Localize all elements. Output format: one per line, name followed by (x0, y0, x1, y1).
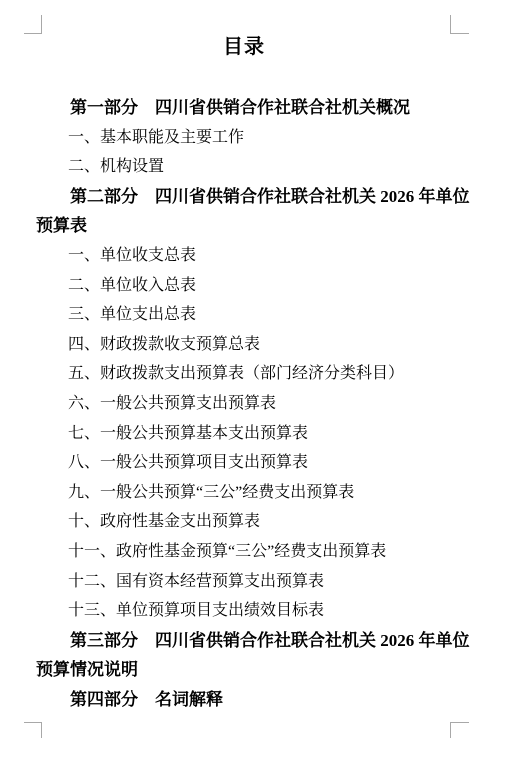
text-boundary-mark-bottom-right (450, 722, 469, 738)
table-of-contents: 第一部分 四川省供销合作社联合社机关概况一、基本职能及主要工作二、机构设置第二部… (36, 93, 474, 714)
toc-item-entry: 七、一般公共预算基本支出预算表 (36, 419, 474, 449)
toc-item-entry: 六、一般公共预算支出预算表 (36, 389, 474, 419)
toc-section-entry: 第二部分 四川省供销合作社联合社机关 2026 年单位预算表 (36, 182, 474, 241)
toc-item-entry: 一、单位收支总表 (36, 241, 474, 271)
toc-section-entry: 第四部分 名词解释 (36, 685, 474, 715)
toc-item-entry: 十三、单位预算项目支出绩效目标表 (36, 596, 474, 626)
toc-item-entry: 九、一般公共预算“三公”经费支出预算表 (36, 478, 474, 508)
toc-section-entry: 第三部分 四川省供销合作社联合社机关 2026 年单位预算情况说明 (36, 626, 474, 685)
toc-item-entry: 一、基本职能及主要工作 (36, 123, 474, 153)
toc-item-entry: 十二、国有资本经营预算支出预算表 (36, 567, 474, 597)
toc-item-entry: 二、机构设置 (36, 152, 474, 182)
toc-item-entry: 八、一般公共预算项目支出预算表 (36, 448, 474, 478)
toc-item-entry: 四、财政拨款收支预算总表 (36, 330, 474, 360)
document-page: 目录 第一部分 四川省供销合作社联合社机关概况一、基本职能及主要工作二、机构设置… (0, 0, 529, 757)
toc-item-entry: 三、单位支出总表 (36, 300, 474, 330)
toc-item-entry: 十一、政府性基金预算“三公”经费支出预算表 (36, 537, 474, 567)
text-boundary-mark-bottom-left (24, 722, 42, 738)
toc-item-entry: 十、政府性基金支出预算表 (36, 507, 474, 537)
page-title: 目录 (36, 32, 452, 62)
toc-section-entry: 第一部分 四川省供销合作社联合社机关概况 (36, 93, 474, 123)
text-boundary-mark-top-right (450, 15, 469, 34)
toc-item-entry: 五、财政拨款支出预算表（部门经济分类科目） (36, 359, 474, 389)
toc-item-entry: 二、单位收入总表 (36, 271, 474, 301)
